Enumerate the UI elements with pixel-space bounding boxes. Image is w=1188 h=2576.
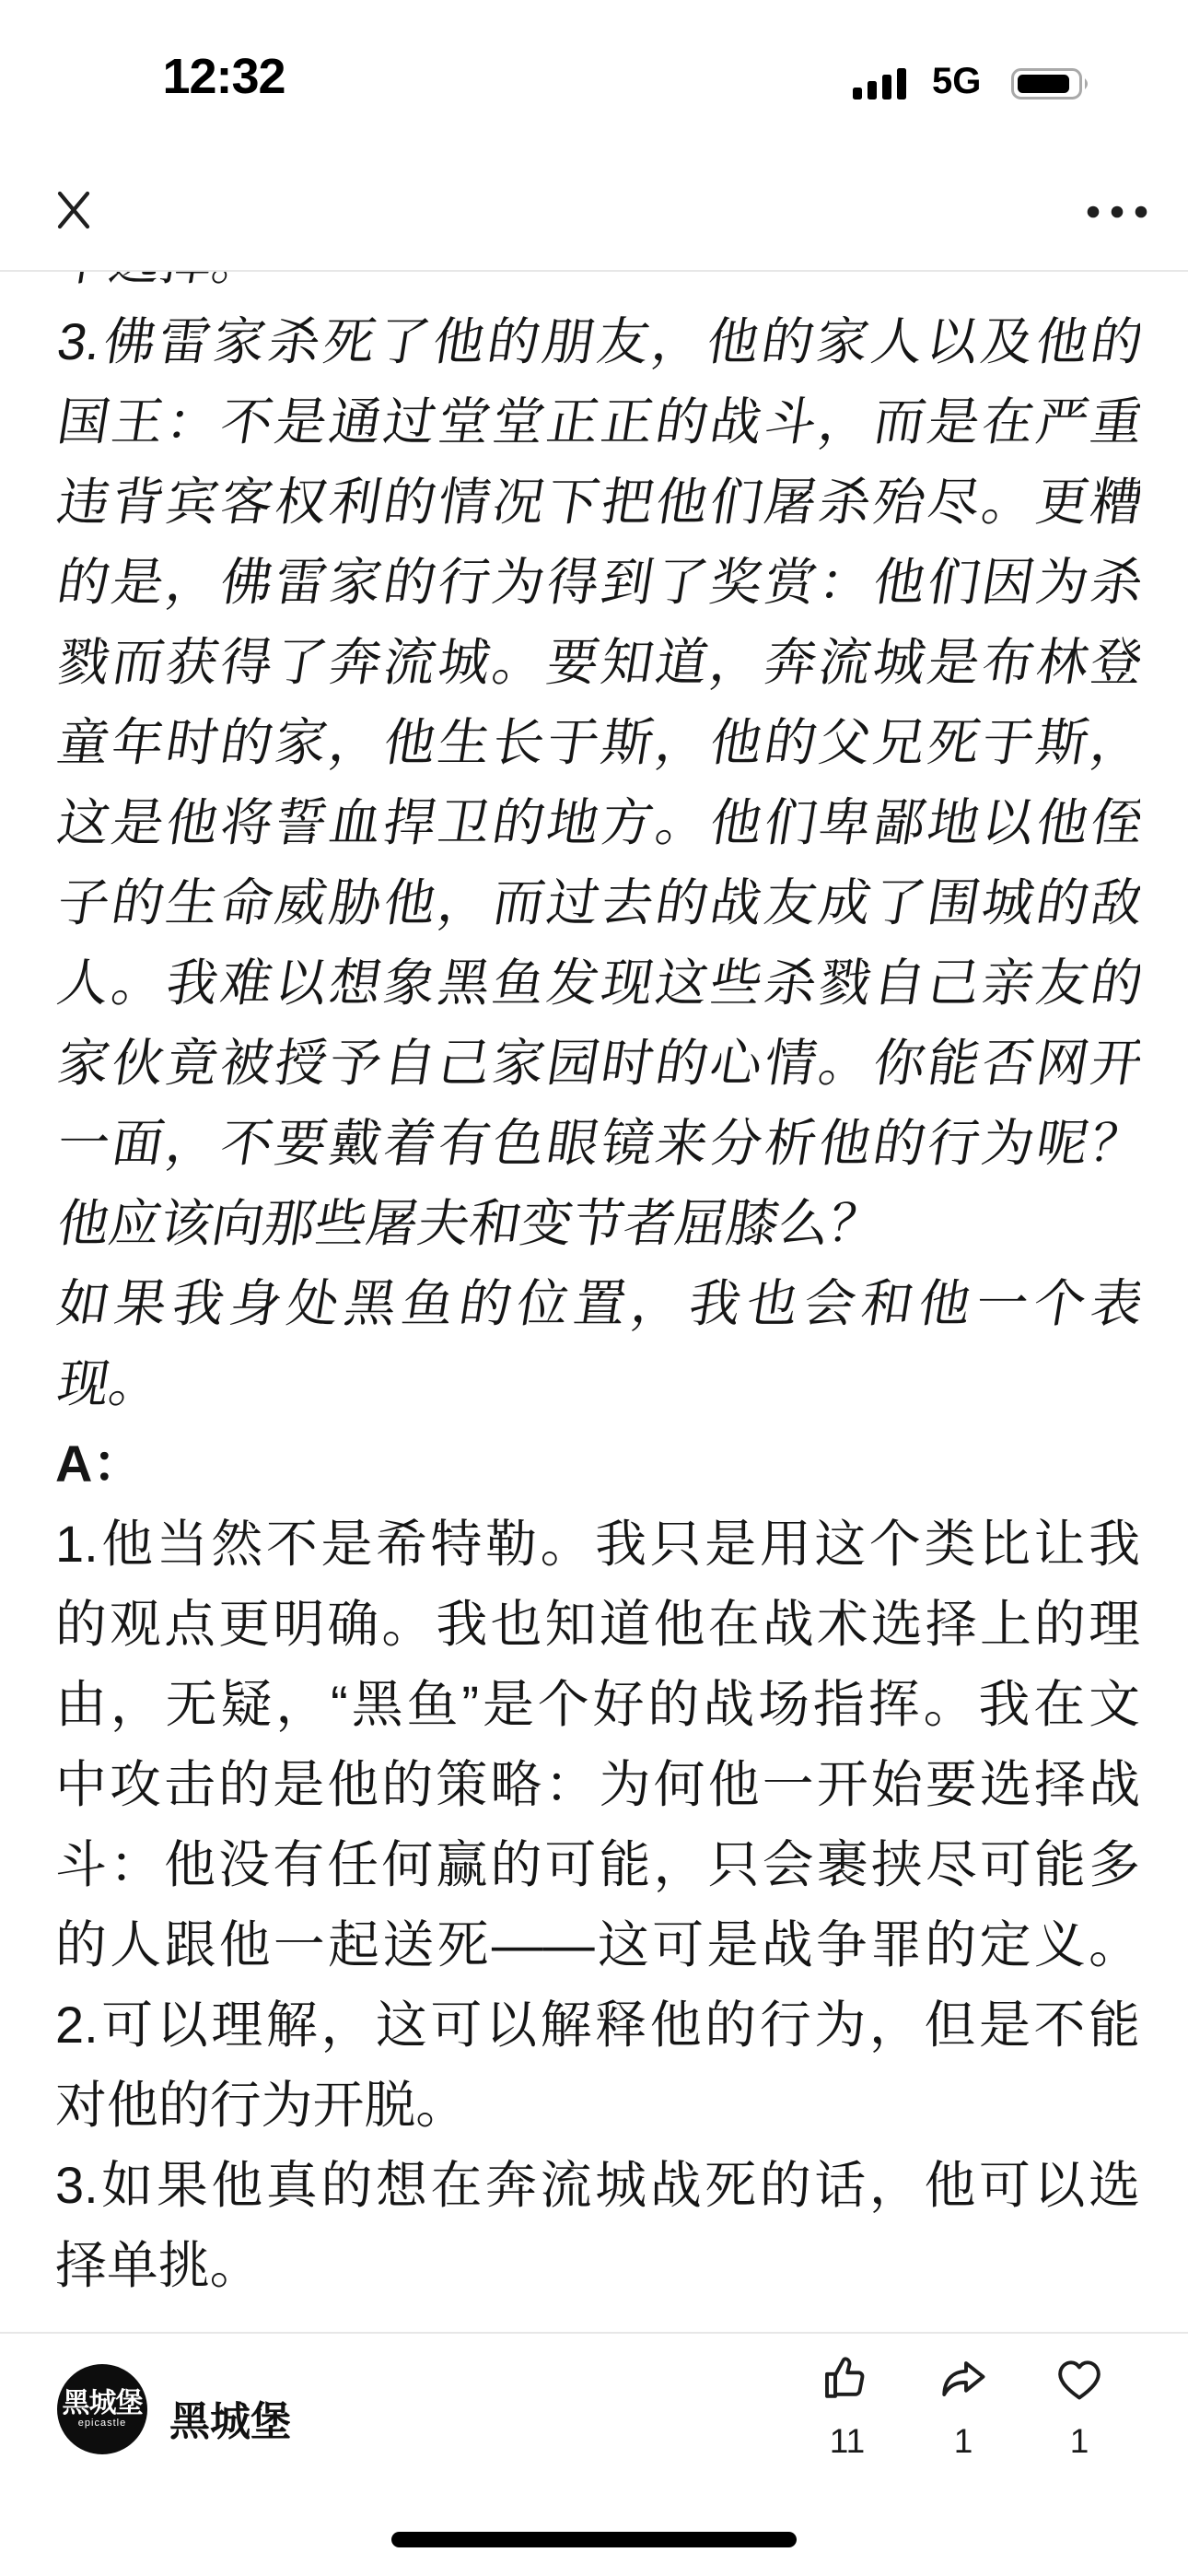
text-line: 戮而获得了奔流城。要知道，奔流城是布林登: [55, 622, 1140, 702]
text-line: 这是他将誓血捍卫的地方。他们卑鄙地以他侄: [55, 782, 1140, 862]
account-name[interactable]: 黑城堡: [169, 2388, 291, 2447]
network-type-label: 5G: [932, 61, 981, 102]
like-count: 11: [830, 2423, 865, 2460]
text-line: 他应该向那些屠夫和变节者屈膝么？: [55, 1183, 1140, 1263]
answer-text: 1.他当然不是希特勒。我只是用这个类比让我的观点更明确。我也知道他在战术选择上的…: [55, 1504, 1140, 2305]
status-time: 12:32: [150, 48, 297, 105]
text-line: 对他的行为开脱。: [55, 2065, 1140, 2145]
text-line: 的是，佛雷家的行为得到了奖赏：他们因为杀: [55, 542, 1140, 622]
text-line: 如果我身处黑鱼的位置，我也会和他一个表: [55, 1263, 1140, 1343]
text-line: 家伙竟被授予自己家园时的心情。你能否网开: [55, 1023, 1140, 1103]
text-line: 择单挑。: [55, 2225, 1140, 2305]
text-line: 子的生命威胁他，而过去的战友成了围城的敌: [55, 862, 1140, 943]
home-indicator[interactable]: [391, 2532, 797, 2547]
text-line: 1.他当然不是希特勒。我只是用这个类比让我: [55, 1504, 1140, 1584]
close-icon: [51, 185, 108, 235]
answer-heading-label: A：: [55, 1423, 1140, 1504]
text-line: 3.如果他真的想在奔流城战死的话，他可以选: [55, 2145, 1140, 2225]
text-line: 国王：不是通过堂堂正正的战斗，而是在严重: [55, 381, 1140, 462]
text-line: 由，无疑，“黑鱼”是个好的战场指挥。我在文: [55, 1664, 1140, 1744]
text-line: 的人跟他一起送死——这可是战争罪的定义。: [55, 1904, 1140, 1985]
heart-icon: [1051, 2351, 1108, 2406]
favorite-button[interactable]: 1: [1024, 2351, 1135, 2489]
text-line: 个选择。: [55, 272, 1140, 301]
avatar-logo-subtext: epicastle: [78, 2418, 126, 2430]
text-line: 3.佛雷家杀死了他的朋友，他的家人以及他的: [55, 301, 1140, 381]
text-line: 现。: [55, 1343, 1140, 1423]
share-button[interactable]: 1: [908, 2351, 1019, 2489]
more-button[interactable]: [1087, 189, 1160, 235]
text-line: 违背宾客权利的情况下把他们屠杀殆尽。更糟: [55, 462, 1140, 542]
favorite-count: 1: [1070, 2423, 1089, 2460]
more-icon: [1087, 205, 1160, 219]
like-button[interactable]: 11: [792, 2351, 903, 2489]
text-line: 中攻击的是他的策略：为何他一开始要选择战: [55, 1744, 1140, 1824]
battery-icon: [1011, 68, 1090, 100]
question-text: 个选择。3.佛雷家杀死了他的朋友，他的家人以及他的国王：不是通过堂堂正正的战斗，…: [55, 272, 1140, 1423]
cellular-signal-icon: [853, 68, 915, 100]
text-line: 人。我难以想象黑鱼发现这些杀戮自己亲友的: [55, 943, 1140, 1023]
thumb-up-icon: [819, 2351, 876, 2406]
text-line: 童年时的家，他生长于斯，他的父兄死于斯，: [55, 702, 1140, 782]
footer-divider: [0, 2332, 1188, 2334]
answer-heading: A：: [55, 1423, 1140, 1504]
avatar-logo-text: 黑城堡: [63, 2390, 143, 2418]
close-button[interactable]: [51, 181, 108, 240]
text-line: 一面，不要戴着有色眼镜来分析他的行为呢？: [55, 1103, 1140, 1183]
text-line: 2.可以理解，这可以解释他的行为，但是不能: [55, 1985, 1140, 2065]
text-line: 斗：他没有任何赢的可能，只会裹挟尽可能多: [55, 1824, 1140, 1904]
share-arrow-icon: [935, 2351, 992, 2406]
text-line: 的观点更明确。我也知道他在战术选择上的理: [55, 1584, 1140, 1664]
share-count: 1: [954, 2423, 973, 2460]
avatar[interactable]: 黑城堡 epicastle: [57, 2364, 147, 2454]
article-body: 个选择。3.佛雷家杀死了他的朋友，他的家人以及他的国王：不是通过堂堂正正的战斗，…: [55, 272, 1140, 2323]
